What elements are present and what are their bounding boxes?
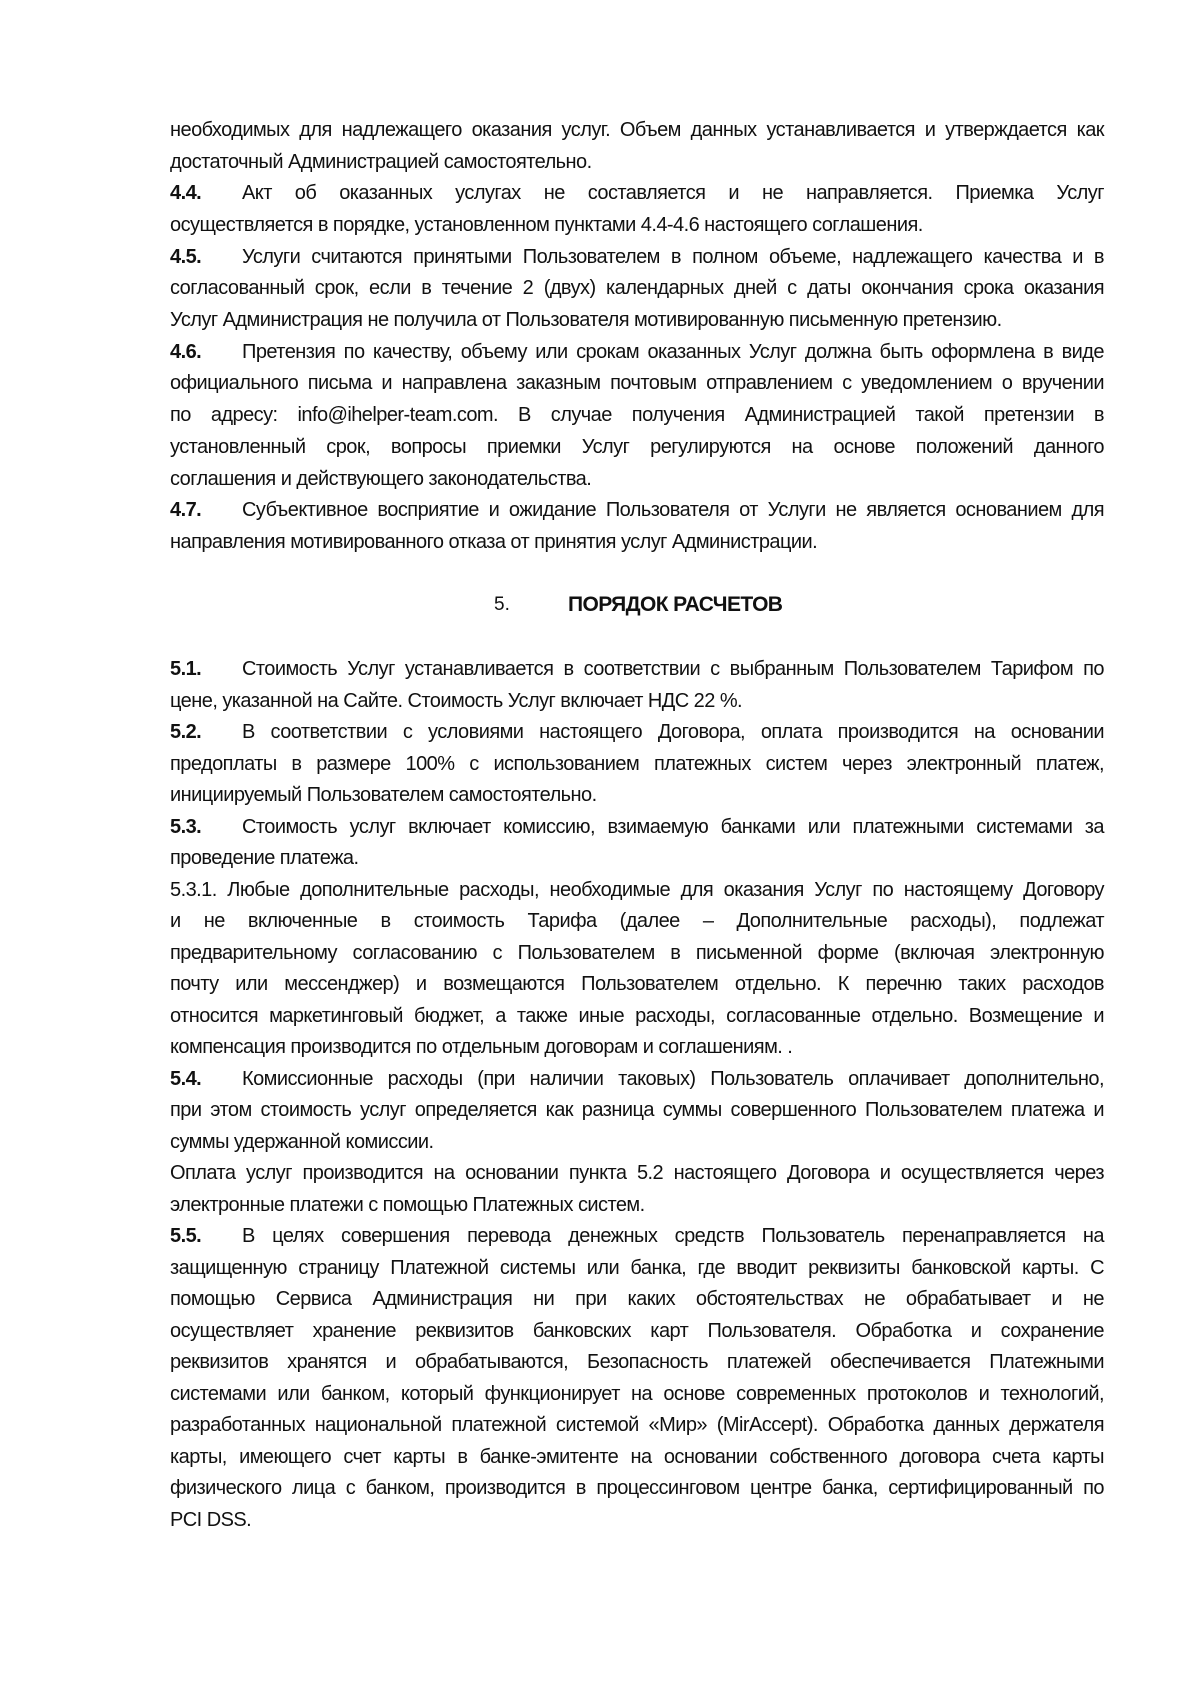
paragraph-line: защищенную страницу Платежной системы ил… [170, 1253, 1104, 1284]
paragraph-line: компенсация производится по отдельным до… [170, 1032, 1104, 1063]
paragraph-line: и не включенные в стоимость Тарифа (дале… [170, 906, 1104, 937]
clause-text: Стоимость услуг включает комиссию, взима… [242, 812, 1104, 843]
paragraph-line: карты, имеющего счет карты в банке-эмите… [170, 1442, 1104, 1473]
paragraph-line: помощью Сервиса Администрация ни при как… [170, 1284, 1104, 1315]
paragraph-line: соглашения и действующего законодательст… [170, 464, 1104, 495]
paragraph-line: по адресу: info@ihelper-team.com. В случ… [170, 400, 1104, 431]
paragraph-line: разработанных национальной платежной сис… [170, 1410, 1104, 1441]
paragraph-line: предварительному согласованию с Пользова… [170, 938, 1104, 969]
clause-text: Претензия по качеству, объему или срокам… [242, 337, 1104, 368]
paragraph-line: осуществляется в порядке, установленном … [170, 210, 1104, 241]
paragraph-line: реквизитов хранятся и обрабатываются, Бе… [170, 1347, 1104, 1378]
clause-text: Акт об оказанных услугах не составляется… [242, 178, 1104, 209]
clause-number: 5.1. [170, 654, 201, 685]
paragraph-line: электронные платежи с помощью Платежных … [170, 1190, 1104, 1221]
paragraph-line: достаточный Администрацией самостоятельн… [170, 147, 1104, 178]
paragraph-line: при этом стоимость услуг определяется ка… [170, 1095, 1104, 1126]
paragraph-line: цене, указанной на Сайте. Стоимость Услу… [170, 686, 1104, 717]
paragraph-line: предоплаты в размере 100% с использовани… [170, 749, 1104, 780]
paragraph-line: инициируемый Пользователем самостоятельн… [170, 780, 1104, 811]
clause-text: Комиссионные расходы (при наличии таковы… [242, 1064, 1104, 1095]
paragraph-line: суммы удержанной комиссии. [170, 1127, 1104, 1158]
clause-number: 5.3. [170, 812, 201, 843]
section-title: ПОРЯДОК РАСЧЕТОВ [568, 589, 782, 621]
paragraph-line: осуществляет хранение реквизитов банковс… [170, 1316, 1104, 1347]
paragraph-line: установленный срок, вопросы приемки Услу… [170, 432, 1104, 463]
paragraph-line: направления мотивированного отказа от пр… [170, 527, 1104, 558]
clause-text: Услуги считаются принятыми Пользователем… [242, 242, 1104, 273]
clause-4-4: 4.4. Акт об оказанных услугах не составл… [170, 178, 1104, 209]
clause-number: 4.7. [170, 495, 201, 526]
paragraph-line: проведение платежа. [170, 843, 1104, 874]
clause-number: 5.5. [170, 1221, 201, 1252]
paragraph-line: физического лица с банком, производится … [170, 1473, 1104, 1504]
clause-4-6: 4.6. Претензия по качеству, объему или с… [170, 337, 1104, 368]
clause-number: 5.4. [170, 1064, 201, 1095]
paragraph-line: системами или банком, который функционир… [170, 1379, 1104, 1410]
clause-5-3: 5.3. Стоимость услуг включает комиссию, … [170, 812, 1104, 843]
paragraph-line: PCI DSS. [170, 1505, 1104, 1536]
clause-5-5: 5.5. В целях совершения перевода денежны… [170, 1221, 1104, 1252]
clause-4-5: 4.5. Услуги считаются принятыми Пользова… [170, 242, 1104, 273]
clause-text: Субъективное восприятие и ожидание Польз… [242, 495, 1104, 526]
clause-5-3-1: 5.3.1. Любые дополнительные расходы, нео… [170, 875, 1104, 906]
clause-5-2: 5.2. В соответствии с условиями настояще… [170, 717, 1104, 748]
clause-text: В соответствии с условиями настоящего До… [242, 717, 1104, 748]
payment-paragraph: Оплата услуг производится на основании п… [170, 1158, 1104, 1189]
paragraph-line: официального письма и направлена заказны… [170, 368, 1104, 399]
clause-number: 4.4. [170, 178, 201, 209]
clause-number: 5.2. [170, 717, 201, 748]
paragraph-line: относится маркетинговый бюджет, а также … [170, 1001, 1104, 1032]
clause-number: 4.6. [170, 337, 201, 368]
clause-text: В целях совершения перевода денежных сре… [242, 1221, 1104, 1252]
clause-5-4: 5.4. Комиссионные расходы (при наличии т… [170, 1064, 1104, 1095]
paragraph-line: согласованный срок, если в течение 2 (дв… [170, 273, 1104, 304]
clause-number: 4.5. [170, 242, 201, 273]
clause-4-7: 4.7. Субъективное восприятие и ожидание … [170, 495, 1104, 526]
document-page: необходимых для надлежащего оказания усл… [0, 0, 1192, 1684]
paragraph-line: почту или мессенджер) и возмещаются Поль… [170, 969, 1104, 1000]
paragraph-line: Услуг Администрация не получила от Польз… [170, 305, 1104, 336]
clause-5-1: 5.1. Стоимость Услуг устанавливается в с… [170, 654, 1104, 685]
section-number: 5. [494, 589, 510, 621]
paragraph-line: необходимых для надлежащего оказания усл… [170, 115, 1104, 146]
clause-text: Стоимость Услуг устанавливается в соотве… [242, 654, 1104, 685]
